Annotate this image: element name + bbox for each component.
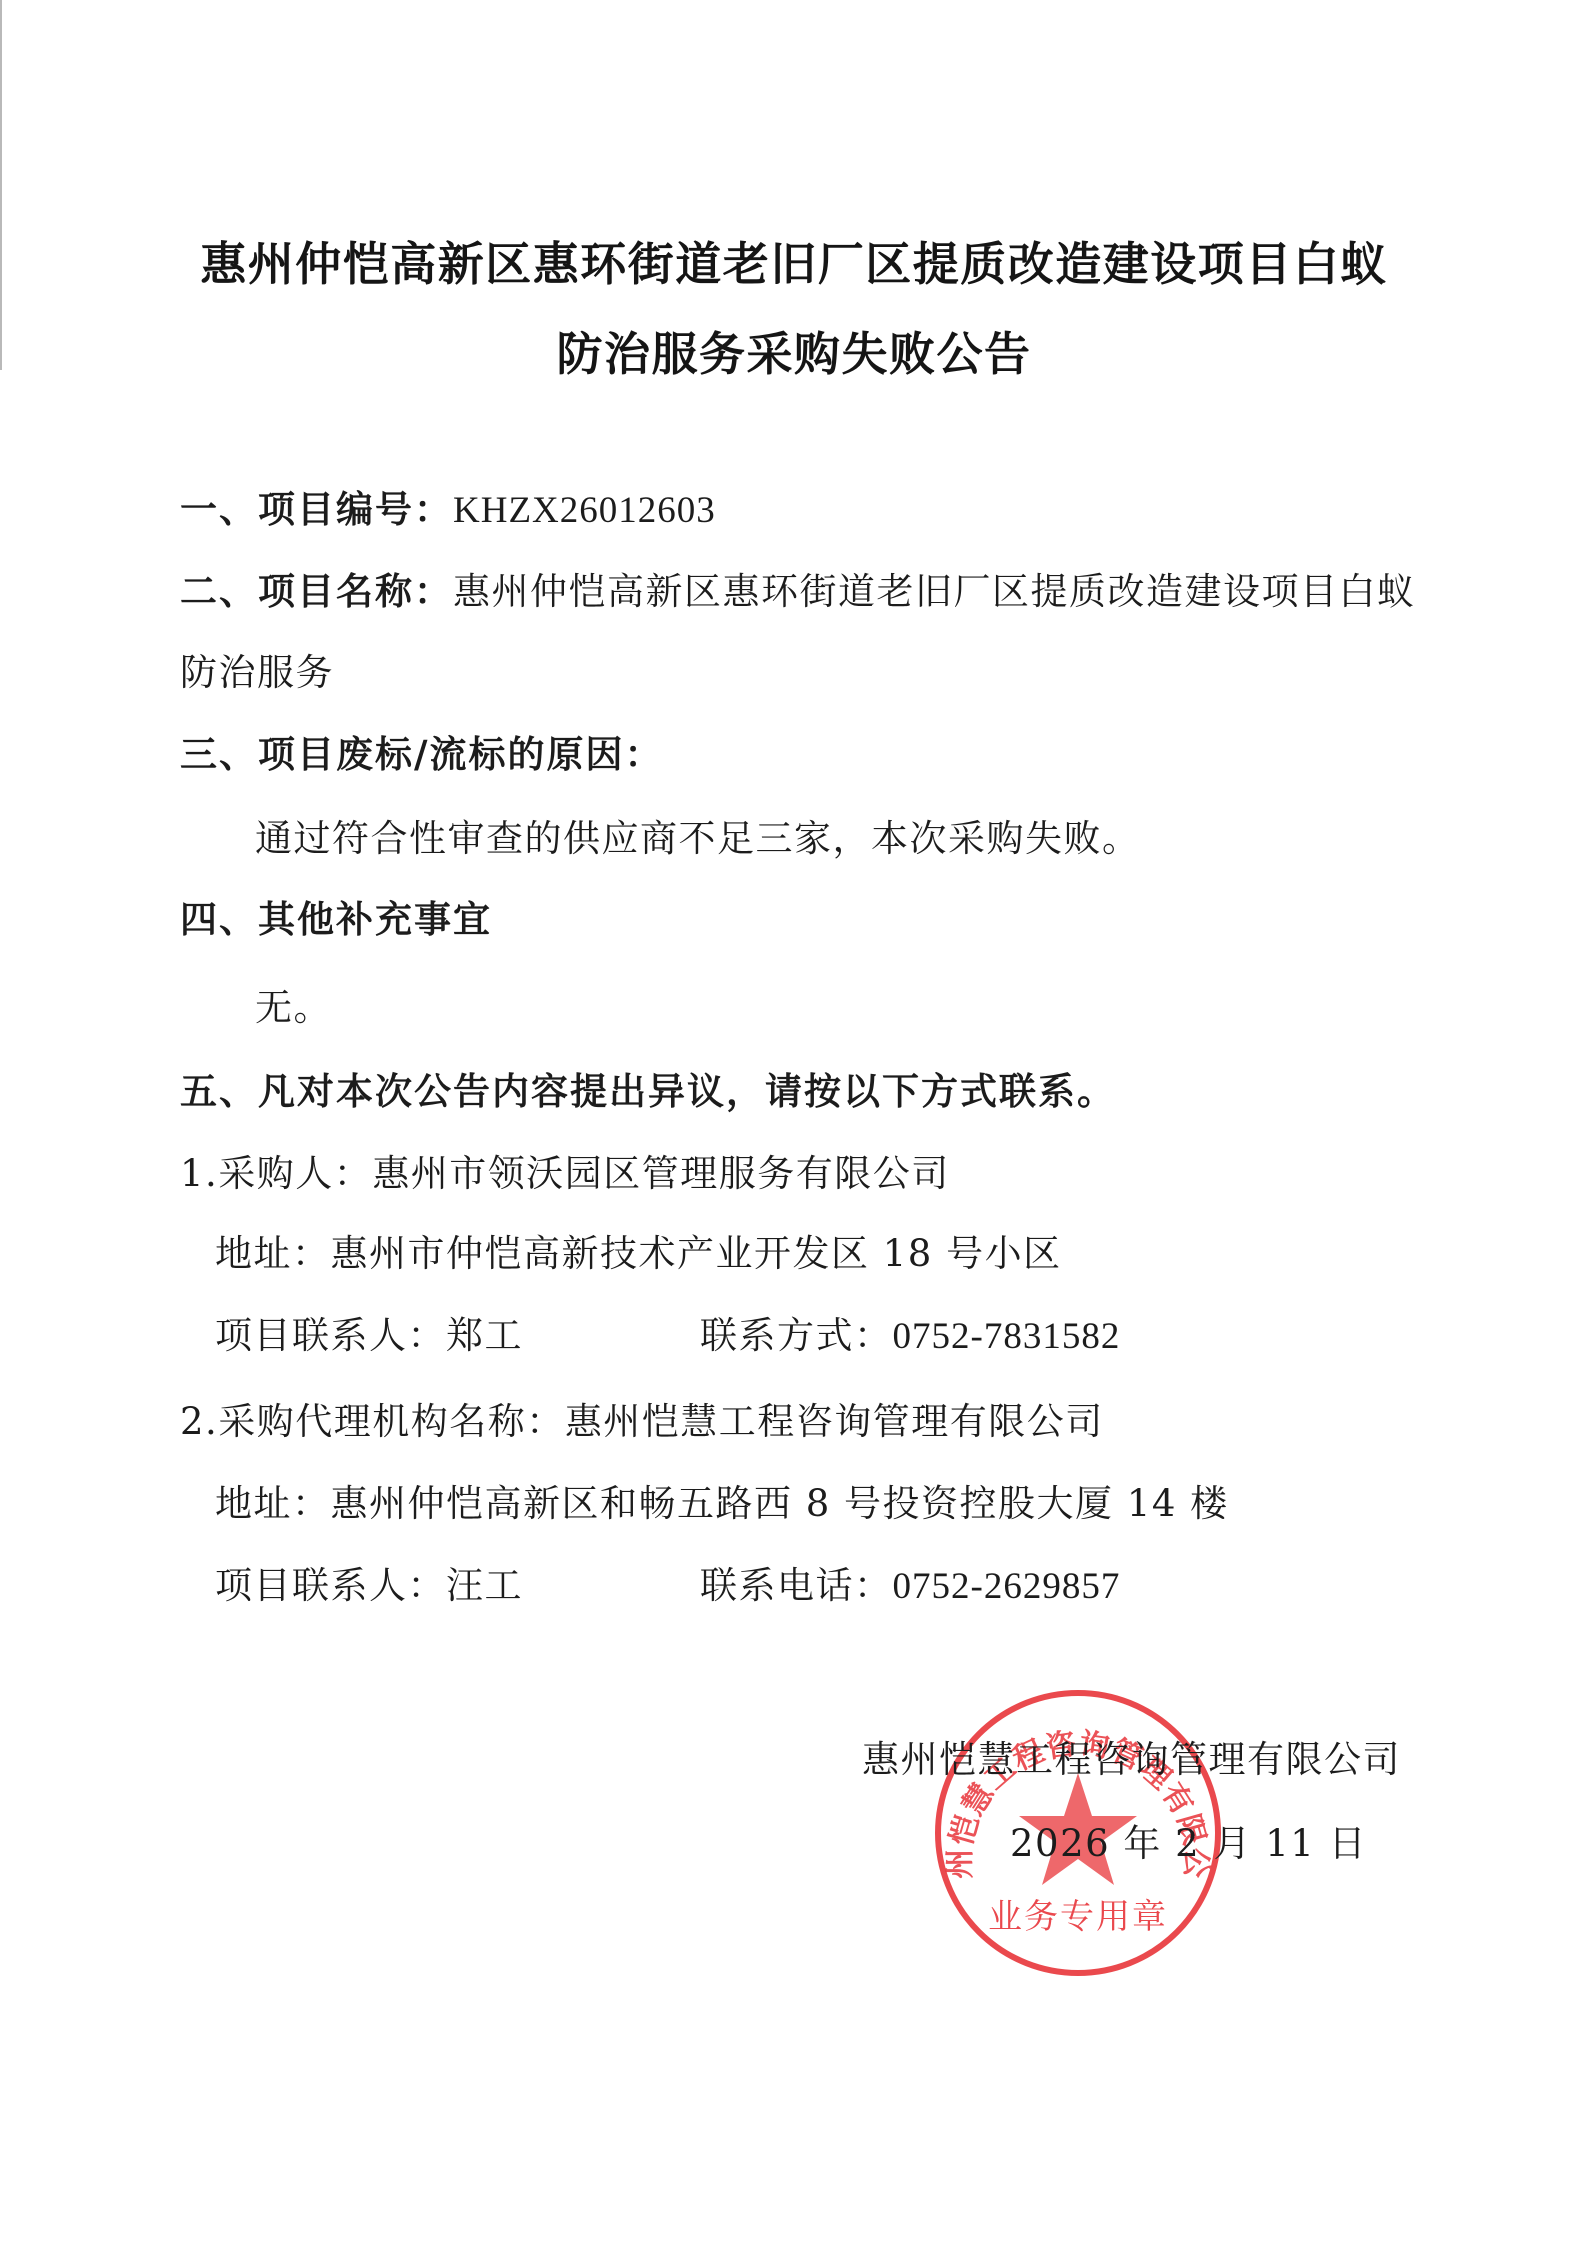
agency-label: 采购代理机构名称： bbox=[218, 1400, 565, 1443]
purchaser-heading: 1.采购人：惠州市领沃园区管理服务有限公司 bbox=[180, 1152, 950, 1196]
agency-phone: 联系电话：0752-2629857 bbox=[700, 1564, 1120, 1609]
project-number-value: KHZX26012603 bbox=[453, 490, 716, 531]
contact-person-label: 项目联系人： bbox=[215, 1314, 446, 1357]
purchaser-label: 采购人： bbox=[218, 1152, 372, 1195]
other-matters-text: 无。 bbox=[255, 986, 332, 1030]
section-label: 一、项目编号： bbox=[180, 488, 453, 531]
purchaser-name: 惠州市领沃园区管理服务有限公司 bbox=[372, 1152, 950, 1195]
contact-person-value: 郑工 bbox=[446, 1314, 523, 1357]
seal-bottom-text: 业务专用章 bbox=[988, 1897, 1168, 1937]
signature-date: 2026 年 2 月 11 日 bbox=[1010, 1822, 1367, 1866]
failure-reason-text: 通过符合性审查的供应商不足三家，本次采购失败。 bbox=[255, 817, 1141, 861]
agency-contact-person: 项目联系人：汪工 bbox=[215, 1564, 523, 1608]
phone-value: 0752-2629857 bbox=[893, 1566, 1121, 1607]
section-failure-reason-label: 三、项目废标/流标的原因： bbox=[180, 733, 664, 777]
address-label: 地址： bbox=[215, 1482, 331, 1525]
phone-label: 联系方式： bbox=[700, 1314, 893, 1357]
agency-address: 地址：惠州仲恺高新区和畅五路西 8 号投资控股大厦 14 楼 bbox=[215, 1482, 1229, 1526]
address-value: 惠州仲恺高新区和畅五路西 8 号投资控股大厦 14 楼 bbox=[331, 1482, 1229, 1525]
section-project-name: 二、项目名称：惠州仲恺高新区惠环街道老旧厂区提质改造建设项目白蚁 bbox=[180, 570, 1416, 614]
scan-edge-line bbox=[0, 0, 2, 370]
purchaser-address: 地址：惠州市仲恺高新技术产业开发区 18 号小区 bbox=[215, 1232, 1062, 1276]
address-label: 地址： bbox=[215, 1232, 331, 1275]
section-project-number: 一、项目编号：KHZX26012603 bbox=[180, 488, 716, 533]
section-objection-contact-label: 五、凡对本次公告内容提出异议，请按以下方式联系。 bbox=[180, 1070, 1116, 1114]
phone-label: 联系电话： bbox=[700, 1564, 893, 1607]
purchaser-phone: 联系方式：0752-7831582 bbox=[700, 1314, 1120, 1359]
document-title-line2: 防治服务采购失败公告 bbox=[0, 318, 1588, 384]
purchaser-contact-person: 项目联系人：郑工 bbox=[215, 1314, 523, 1358]
contact-person-label: 项目联系人： bbox=[215, 1564, 446, 1607]
section-label: 二、项目名称： bbox=[180, 570, 453, 613]
project-name-continuation: 防治服务 bbox=[180, 651, 334, 695]
signature-company: 惠州恺慧工程咨询管理有限公司 bbox=[862, 1738, 1401, 1782]
contact-person-value: 汪工 bbox=[446, 1564, 523, 1607]
project-name-value: 惠州仲恺高新区惠环街道老旧厂区提质改造建设项目白蚁 bbox=[453, 570, 1416, 613]
document-title-line1: 惠州仲恺高新区惠环街道老旧厂区提质改造建设项目白蚁 bbox=[0, 228, 1588, 294]
agency-index: 2. bbox=[180, 1400, 218, 1443]
agency-heading: 2.采购代理机构名称：惠州恺慧工程咨询管理有限公司 bbox=[180, 1400, 1104, 1444]
purchaser-index: 1. bbox=[180, 1152, 218, 1195]
agency-name: 惠州恺慧工程咨询管理有限公司 bbox=[565, 1400, 1104, 1443]
address-value: 惠州市仲恺高新技术产业开发区 18 号小区 bbox=[331, 1232, 1062, 1275]
section-other-matters-label: 四、其他补充事宜 bbox=[180, 898, 492, 942]
phone-value: 0752-7831582 bbox=[893, 1316, 1121, 1357]
